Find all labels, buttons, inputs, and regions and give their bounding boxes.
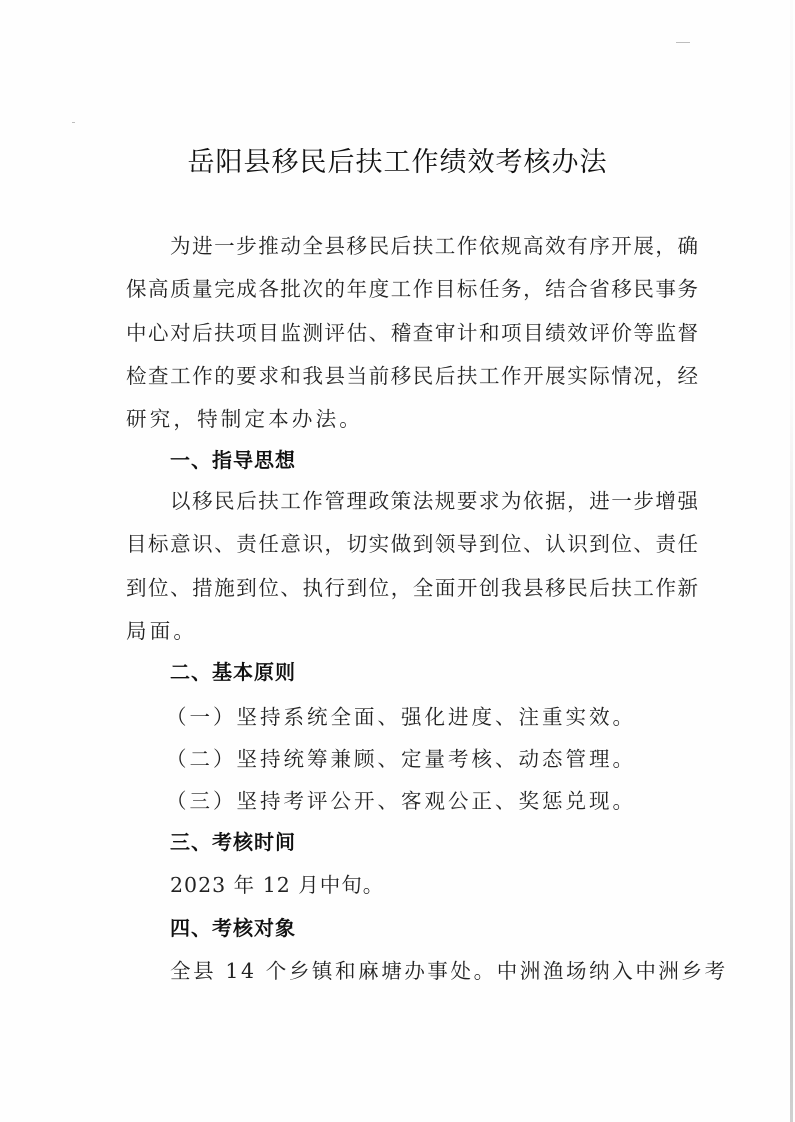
scan-edge-shadow (790, 0, 793, 1122)
intro-line-4: 检查工作的要求和我县当前移民后扶工作开展实际情况，经 (126, 362, 698, 390)
section-heading-assessment-targets: 四、考核对象 (170, 914, 296, 942)
scan-artifact (72, 122, 75, 123)
intro-line-5: 研究，特制定本办法。 (126, 405, 698, 433)
section1-line-2: 目标意识、责任意识，切实做到领导到位、认识到位、责任 (126, 530, 698, 558)
document-page: 岳阳县移民后扶工作绩效考核办法 为进一步推动全县移民后扶工作依规高效有序开展，确… (0, 0, 795, 1122)
section-heading-guiding-ideology: 一、指导思想 (170, 446, 296, 474)
intro-line-1: 为进一步推动全县移民后扶工作依规高效有序开展，确 (170, 232, 698, 260)
intro-line-2: 保高质量完成各批次的年度工作目标任务，结合省移民事务 (126, 275, 698, 303)
section1-line-3: 到位、措施到位、执行到位，全面开创我县移民后扶工作新 (126, 574, 698, 602)
intro-line-3: 中心对后扶项目监测评估、稽查审计和项目绩效评价等监督 (126, 319, 698, 347)
scan-artifact (676, 42, 690, 43)
section1-line-4: 局面。 (126, 617, 698, 645)
section-heading-assessment-time: 三、考核时间 (170, 828, 296, 856)
principle-item-1: （一）坚持系统全面、强化进度、注重实效。 (166, 703, 738, 731)
section1-line-1: 以移民后扶工作管理政策法规要求为依据，进一步增强 (170, 487, 698, 515)
assessment-date: 2023 年 12 月中旬。 (170, 871, 698, 899)
section4-line-1: 全县 14 个乡镇和麻塘办事处。中洲渔场纳入中洲乡考 (170, 957, 698, 985)
document-title: 岳阳县移民后扶工作绩效考核办法 (0, 140, 795, 179)
principle-item-2: （二）坚持统筹兼顾、定量考核、动态管理。 (166, 745, 738, 773)
principle-item-3: （三）坚持考评公开、客观公正、奖惩兑现。 (166, 787, 738, 815)
section-heading-basic-principles: 二、基本原则 (170, 658, 296, 686)
